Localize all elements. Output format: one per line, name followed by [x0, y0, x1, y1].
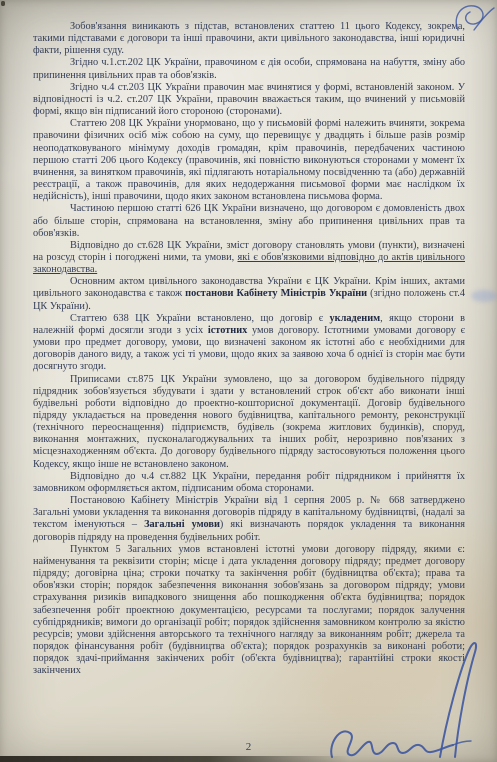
- text-run: укладеним: [330, 313, 381, 324]
- text-run: постанови Кабінету Міністрів України: [185, 288, 367, 299]
- text-run: Згідно ч.1.ст.202 ЦК України, правочином…: [33, 57, 465, 80]
- paragraph: Частиною першою статті 626 ЦК України ви…: [33, 203, 465, 239]
- paragraph: Відповідно до ст.628 ЦК України, зміст д…: [33, 240, 465, 276]
- paragraph: Згідно ч.1.ст.202 ЦК України, правочином…: [33, 57, 465, 81]
- paragraph: Статтею 208 ЦК України унормовано, що у …: [33, 118, 465, 203]
- paragraph: Основним актом цивільного законодавства …: [33, 276, 465, 312]
- text-run: Відповідно до ч.4 ст.882 ЦК України, пер…: [33, 471, 465, 494]
- text-run: Зобов'язання виникають з підстав, встано…: [33, 21, 465, 56]
- paragraph: Пунктом 5 Загальних умов встановлені іст…: [33, 544, 465, 678]
- paragraph: Статтею 638 ЦК України встановлено, що д…: [33, 313, 465, 374]
- text-run: Пунктом 5 Загальних умов встановлені іст…: [33, 544, 465, 677]
- text-run: Приписами ст.875 ЦК України зумовлено, щ…: [33, 374, 465, 470]
- page-number: 2: [0, 741, 497, 753]
- document-body: Зобов'язання виникають з підстав, встано…: [33, 21, 465, 677]
- paragraph: Відповідно до ч.4 ст.882 ЦК України, пер…: [33, 471, 465, 495]
- paragraph: Зобов'язання виникають з підстав, встано…: [33, 21, 465, 57]
- text-run: Статтею 208 ЦК України унормовано, що у …: [33, 118, 465, 202]
- ink-smudge: [471, 290, 497, 302]
- text-run: Статтею 638 ЦК України встановлено, що д…: [70, 313, 330, 324]
- document-page: Зобов'язання виникають з підстав, встано…: [0, 0, 497, 762]
- text-run: істотних: [208, 325, 247, 336]
- text-run: Загальні умови: [144, 519, 220, 530]
- photo-edge-shadow: [0, 756, 350, 762]
- paragraph: Приписами ст.875 ЦК України зумовлено, щ…: [33, 374, 465, 471]
- corner-speck: [1, 1, 5, 6]
- paragraph: Згідно ч.4 ст.203 ЦК України правочин ма…: [33, 82, 465, 118]
- text-run: Згідно ч.4 ст.203 ЦК України правочин ма…: [33, 82, 465, 117]
- paragraph: Постановою Кабінету Міністрів України ві…: [33, 495, 465, 544]
- text-run: Частиною першою статті 626 ЦК України ви…: [33, 203, 465, 238]
